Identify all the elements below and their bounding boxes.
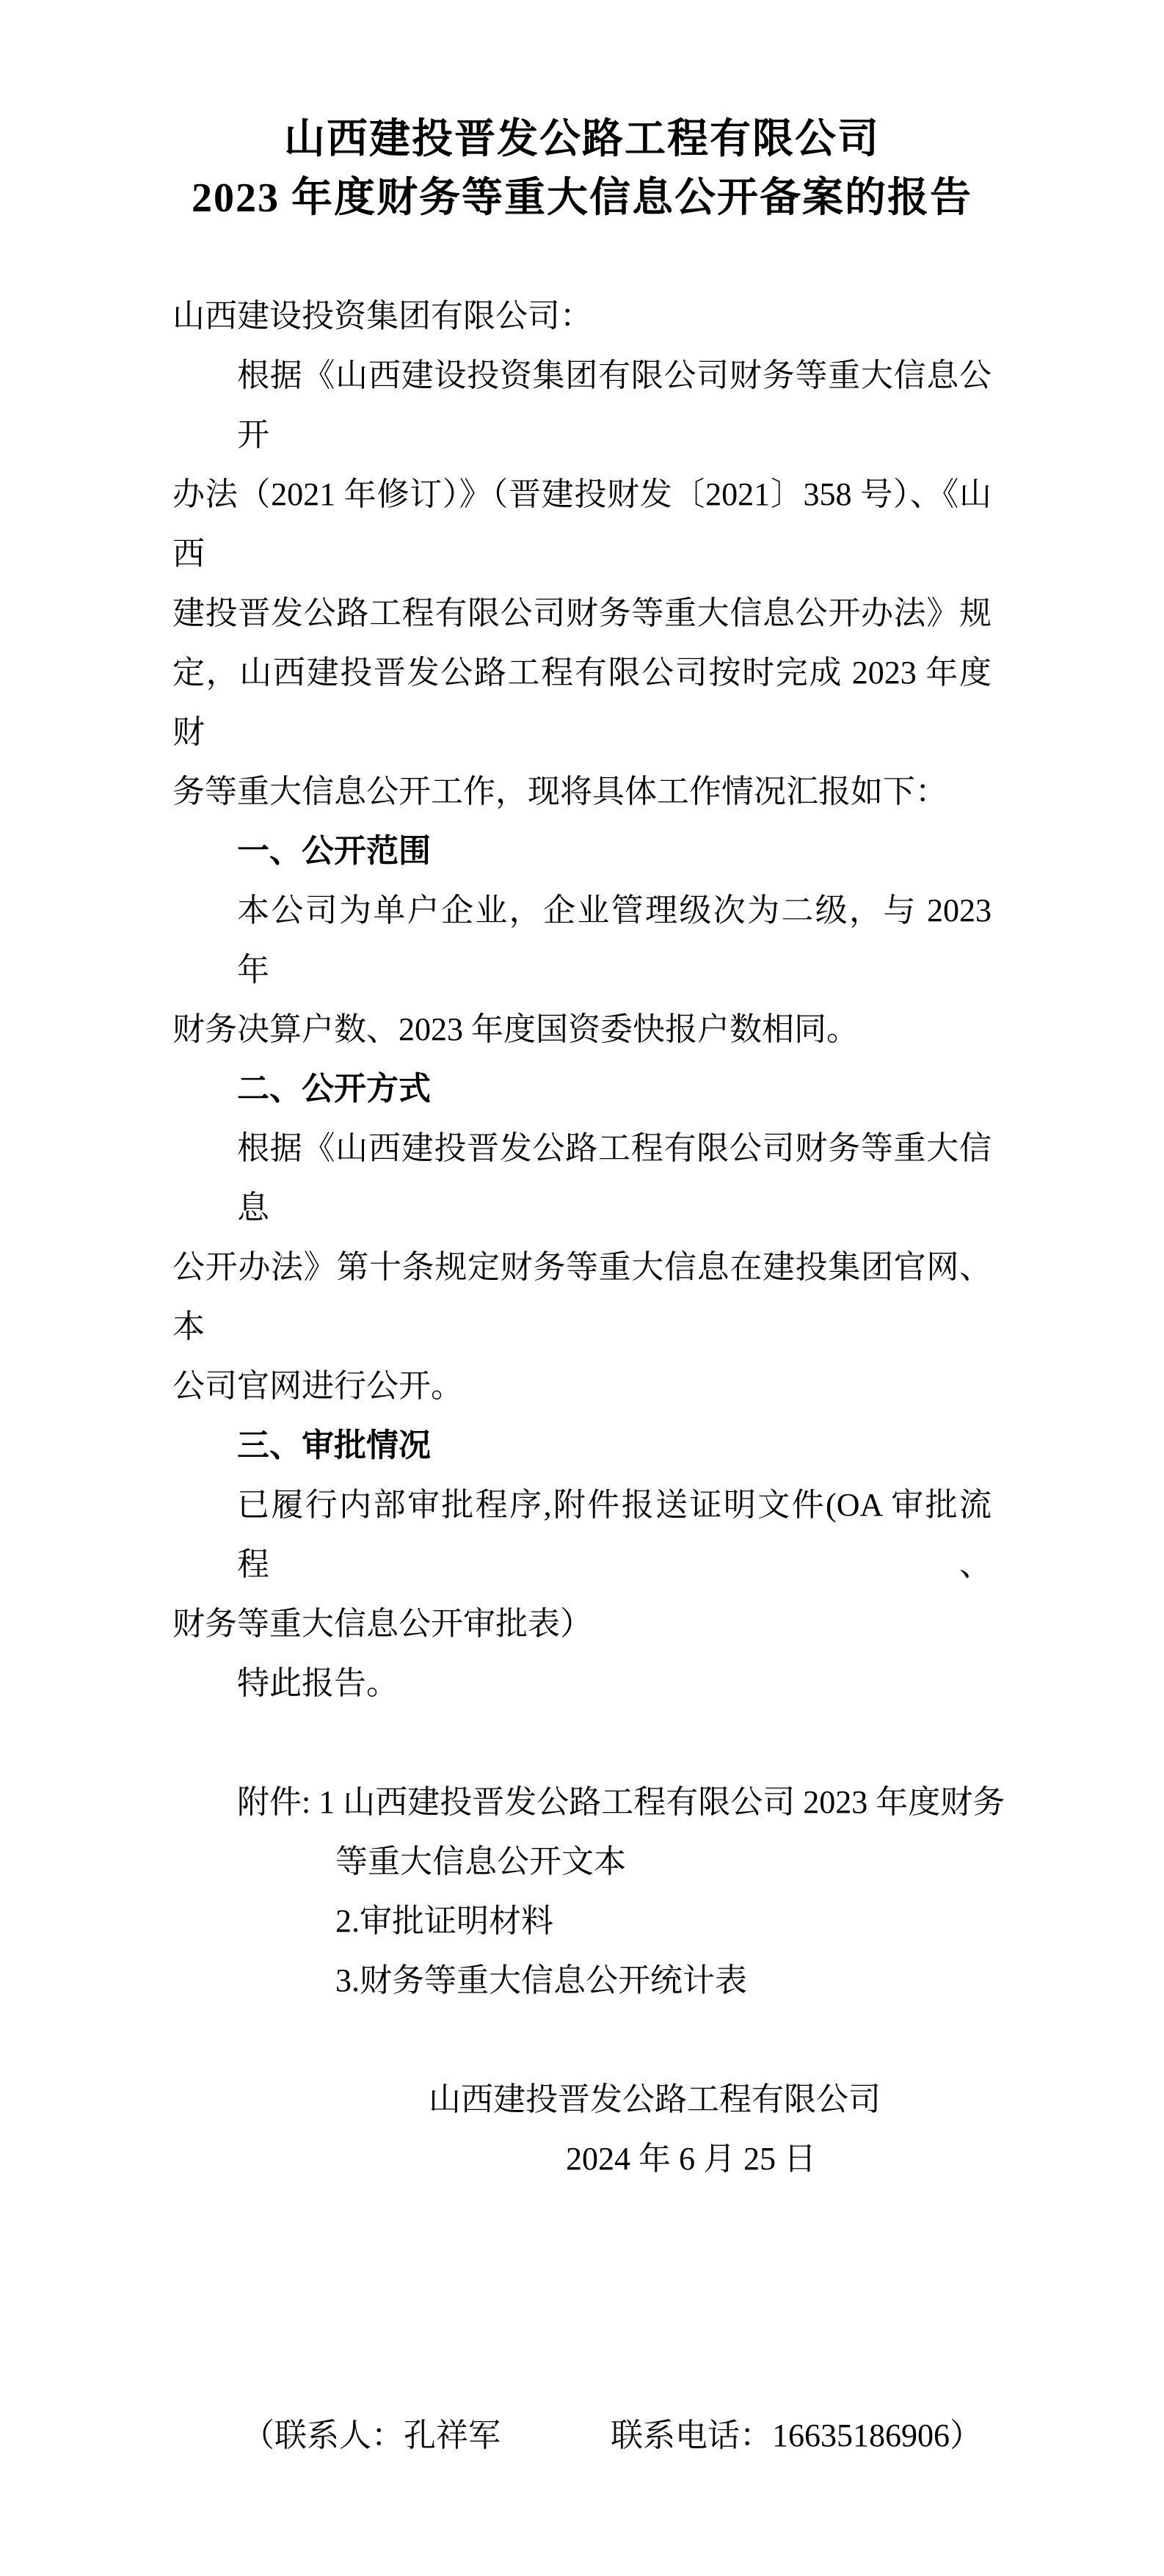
- body-line: 务等重大信息公开工作，现将具体工作情况汇报如下：: [172, 762, 992, 821]
- document-title: 山西建投晋发公路工程有限公司 2023 年度财务等重大信息公开备案的报告: [172, 110, 992, 228]
- section-heading-2: 二、公开方式: [172, 1059, 992, 1118]
- body-line: 根据《山西建投晋发公路工程有限公司财务等重大信息: [172, 1118, 992, 1237]
- body-line: 已履行内部审批程序,附件报送证明文件(OA 审批流程、: [172, 1475, 992, 1594]
- signature-date: 2024 年 6 月 25 日: [172, 2129, 992, 2188]
- body-line: 本公司为单户企业，企业管理级次为二级，与 2023 年: [172, 881, 992, 1000]
- body-line: 定，山西建投晋发公路工程有限公司按时完成 2023 年度财: [172, 643, 992, 762]
- section-heading-3: 三、审批情况: [172, 1416, 992, 1475]
- attachment-line: 等重大信息公开文本: [172, 1832, 992, 1891]
- contact-footer: （联系人：孔祥军联系电话：16635186906）: [172, 2413, 1016, 2459]
- salutation: 山西建设投资集团有限公司：: [172, 286, 992, 346]
- body-line: 根据《山西建设投资集团有限公司财务等重大信息公开: [172, 346, 992, 465]
- body-line: 公司官网进行公开。: [172, 1356, 992, 1416]
- body-line: 财务决算户数、2023 年度国资委快报户数相同。: [172, 1000, 992, 1059]
- body-line: 办法（2021 年修订）》（晋建投财发〔2021〕358 号）、《山西: [172, 465, 992, 583]
- section-heading-1: 一、公开范围: [172, 821, 992, 881]
- attachment-line: 2.审批证明材料: [172, 1891, 992, 1951]
- body-line: 财务等重大信息公开审批表）: [172, 1594, 992, 1653]
- contact-phone: 联系电话：16635186906）: [611, 2417, 982, 2453]
- body-line: 建投晋发公路工程有限公司财务等重大信息公开办法》规: [172, 583, 992, 643]
- attachment-line: 附件: 1 山西建投晋发公路工程有限公司 2023 年度财务: [172, 1772, 992, 1832]
- document-page: 山西建投晋发公路工程有限公司 2023 年度财务等重大信息公开备案的报告 山西建…: [0, 0, 1164, 2576]
- title-line-2: 2023 年度财务等重大信息公开备案的报告: [172, 169, 992, 228]
- body-line-closing: 特此报告。: [172, 1653, 992, 1713]
- title-line-1: 山西建投晋发公路工程有限公司: [172, 110, 992, 169]
- attachment-line: 3.财务等重大信息公开统计表: [172, 1951, 992, 2010]
- signature-company: 山西建投晋发公路工程有限公司: [172, 2070, 992, 2129]
- contact-person: （联系人：孔祥军: [242, 2417, 501, 2453]
- document-body: 山西建设投资集团有限公司： 根据《山西建设投资集团有限公司财务等重大信息公开 办…: [172, 286, 992, 2188]
- body-line: 公开办法》第十条规定财务等重大信息在建投集团官网、本: [172, 1237, 992, 1356]
- document-content: 山西建投晋发公路工程有限公司 2023 年度财务等重大信息公开备案的报告 山西建…: [0, 0, 1164, 2188]
